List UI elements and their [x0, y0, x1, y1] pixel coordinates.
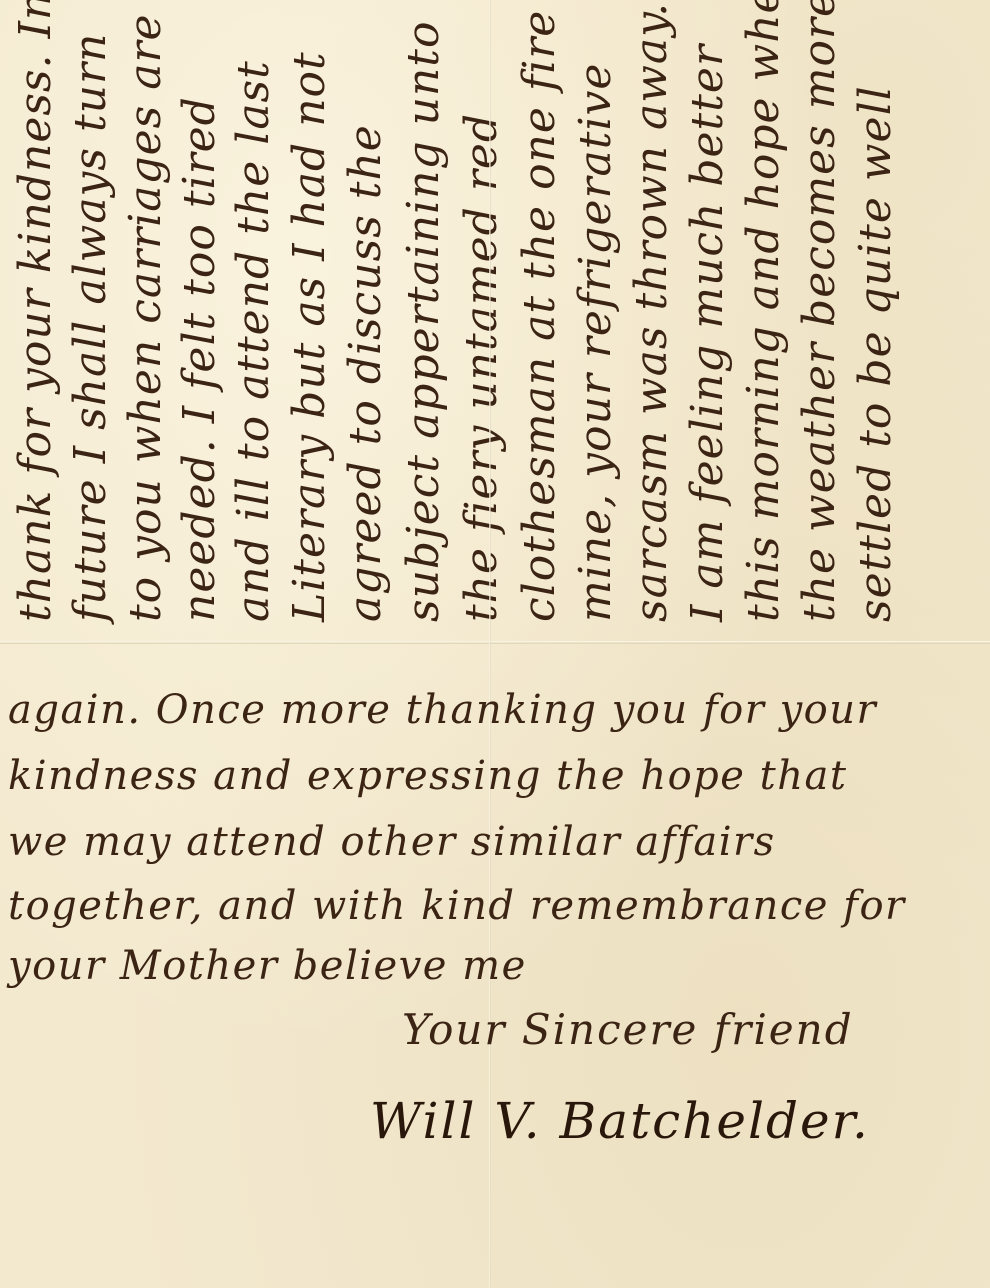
letter-line: subject appertaining unto: [402, 21, 446, 622]
rotated-text-section: thank for your kindness. In future I sha…: [0, 0, 990, 640]
letter-line: future I shall always turn: [69, 33, 113, 622]
letter-page: thank for your kindness. In future I sha…: [0, 0, 990, 1288]
letter-line: thank for your kindness. In: [14, 0, 58, 622]
horizontal-fold-crease: [0, 641, 990, 644]
letter-signature: Will V. Batchelder.: [370, 1092, 870, 1150]
letter-line: I am feeling much better: [686, 44, 730, 622]
letter-line: needed. I felt too tired: [178, 96, 222, 622]
letter-line: the weather becomes more: [798, 0, 842, 622]
letter-line: agreed to discuss the: [344, 124, 388, 622]
letter-line: mine, your refrigerative: [574, 63, 618, 622]
letter-line: Literary but as I had not: [288, 51, 332, 622]
horizontal-text-section: again. Once more thanking you for your k…: [0, 660, 990, 1288]
letter-line: the fiery untamed red: [460, 113, 504, 622]
letter-line: and ill to attend the last: [232, 60, 276, 622]
letter-line: together, and with kind remembrance for: [8, 886, 906, 926]
letter-line: to you when carriages are: [124, 13, 168, 622]
letter-line: we may attend other similar affairs: [8, 822, 776, 862]
letter-line: kindness and expressing the hope that: [8, 756, 847, 796]
letter-closing: Your Sincere friend: [402, 1005, 854, 1054]
letter-line: settled to be quite well: [854, 85, 898, 622]
letter-line: clothesman at the one fire: [518, 10, 562, 622]
letter-line: sarcasm was thrown away.: [630, 2, 674, 622]
letter-line: your Mother believe me: [8, 946, 527, 986]
letter-line: again. Once more thanking you for your: [8, 690, 877, 730]
letter-line: this morning and hope when: [742, 0, 786, 622]
